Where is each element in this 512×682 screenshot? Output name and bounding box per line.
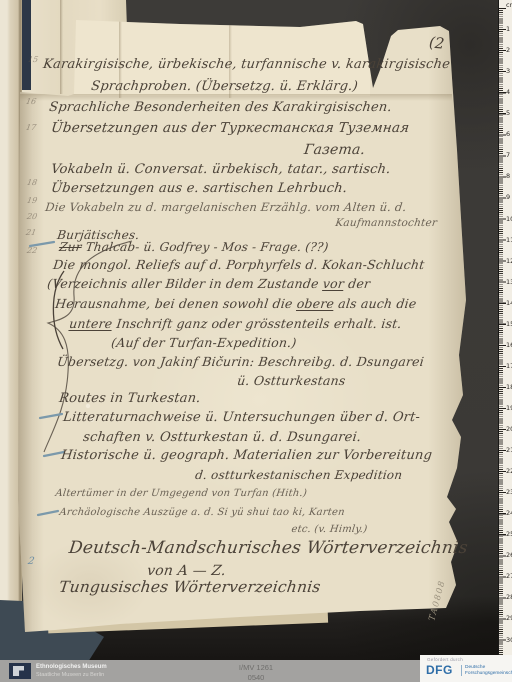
ruler-cm-label: 15 [506, 321, 512, 328]
line-text: der [343, 276, 371, 291]
ruler-cm-label: 19 [506, 405, 512, 412]
ruler-cm-label: 26 [506, 552, 512, 559]
manuscript-line: Routes in Turkestan. [58, 392, 201, 405]
line-text: als auch die [333, 296, 417, 311]
line-text: Inschrift ganz oder grösstenteils erhalt… [112, 316, 403, 331]
manuscript-line: Zur Thalcab- ü. Godfrey - Mos - Frage. (… [59, 241, 330, 253]
manuscript-line: Sprachliche Besonderheiten des Karakirgi… [48, 101, 392, 114]
dfg-logo: DFG [426, 663, 453, 677]
ruler-cm-label: 28 [506, 594, 512, 601]
ruler-cm-label: 5 [506, 110, 510, 117]
margin-number: 18 [26, 178, 38, 187]
ruler-cm-label: 30 [506, 637, 512, 644]
ruler-cm-label: 22 [506, 468, 512, 475]
margin-number: 15 [27, 55, 39, 64]
manuscript-line: Altertümer in der Umgegend von Turfan (H… [55, 489, 308, 499]
dfg-divider [461, 665, 462, 676]
manuscript-line: Die Vokabeln zu d. margelanischen Erzähl… [45, 202, 407, 214]
ruler-cm-label: 24 [506, 510, 512, 517]
manuscript-line: (Verzeichnis aller Bilder in dem Zustand… [46, 278, 370, 291]
cm-ruler: cm12345678910111213141516171819202122232… [498, 0, 512, 661]
margin-number: 17 [25, 123, 37, 132]
manuscript-line: Vokabeln ü. Conversat. ürbekisch, tatar.… [50, 163, 391, 176]
ruler-cm-label: 2 [506, 47, 510, 54]
manuscript-line: etc. (v. Himly.) [291, 525, 368, 535]
torn-edge-shading [428, 0, 468, 682]
ruler-cm-label: 11 [506, 237, 512, 244]
scan-viewport: Karakirgisische, ürbekische, turfannisch… [0, 0, 512, 682]
ruler-cm-label: 14 [506, 300, 512, 307]
margin-number: 19 [26, 196, 38, 205]
dfg-name-line: Forschungsgemeinschaft [465, 671, 512, 677]
ruler-cm-label: 17 [506, 363, 512, 370]
facing-page-edge [0, 0, 22, 644]
manuscript-line: untere Inschrift ganz oder grösstenteils… [68, 318, 402, 331]
ruler-cm-label: 21 [506, 447, 512, 454]
ruler-cm-ticks [499, 8, 506, 658]
manuscript-line: ü. Ostturkestans [236, 375, 346, 388]
margin-number: 22 [26, 246, 38, 255]
manuscript-line: d. ostturkestanischen Expedition [195, 469, 403, 481]
underlined-word: vor [322, 276, 345, 291]
manuscript-line: von A — Z. [146, 564, 226, 578]
footer-bar: Ethnologisches Museum Staatliche Museen … [0, 660, 512, 682]
ruler-cm-label: 25 [506, 531, 512, 538]
ruler-cm-label: 3 [506, 68, 510, 75]
ruler-cm-label: 6 [506, 131, 510, 138]
ruler-cm-label: 20 [506, 426, 512, 433]
underlined-word: untere [68, 316, 113, 331]
manuscript-line: Übersetzungen aus der Туркестанская Тузе… [50, 122, 410, 136]
manuscript-line: Tungusisches Wörterverzeichnis [58, 580, 321, 596]
manuscript-line: schaften v. Ostturkestan ü. d. Dsungarei… [82, 431, 362, 444]
book-cover-edge [22, 0, 31, 90]
page-number: (2 [428, 33, 445, 52]
ruler-cm-label: 10 [506, 216, 512, 223]
line-text: (Verzeichnis aller Bilder in dem Zustand… [46, 276, 323, 291]
ruler-cm-label: 13 [506, 279, 512, 286]
dfg-name: Deutsche Forschungsgemeinschaft [465, 665, 512, 677]
ruler-cm-label: 4 [506, 89, 510, 96]
manuscript-line: Karakirgisische, ürbekische, turfannisch… [42, 58, 450, 71]
manuscript-line: Sprachproben. (Übersetzg. ü. Erklärg.) [90, 80, 358, 93]
manuscript-line: Газета. [303, 143, 366, 157]
line-text: Herausnahme, bei denen sowohl die [54, 296, 297, 311]
manuscript-line: Kaufmannstochter [335, 218, 438, 229]
funding-note: Gefördert durch [427, 657, 463, 662]
manuscript-line: Litteraturnachweise ü. Untersuchungen üb… [62, 411, 420, 424]
manuscript-line: Übersetzungen aus e. sartischen Lehrbuch… [50, 182, 348, 195]
margin-number: 21 [25, 228, 37, 237]
ruler-cm-label: 8 [506, 173, 510, 180]
ruler-cm-label: 23 [506, 489, 512, 496]
manuscript-line: (Auf der Turfan-Expedition.) [110, 337, 297, 350]
ruler-cm-label: 27 [506, 573, 512, 580]
leaf-fold-crease [60, 0, 63, 94]
manuscript-line: Archäologische Auszüge a. d. Si yü shui … [59, 508, 345, 518]
margin-number: 16 [25, 97, 37, 106]
ruler-cm-label: 16 [506, 342, 512, 349]
ruler-cm-label: 29 [506, 615, 512, 622]
ruler-cm-label: 7 [506, 152, 510, 159]
margin-number: 20 [26, 212, 38, 221]
underlined-word: obere [296, 296, 335, 311]
ruler-cm-label: 12 [506, 258, 512, 265]
manuscript-line: Historische ü. geograph. Materialien zur… [60, 449, 432, 462]
manuscript-line: Übersetzg. von Jakinf Bičurin: Beschreib… [56, 356, 424, 369]
struck-word: Zur [58, 240, 82, 254]
ruler-cm-label: 18 [506, 384, 512, 391]
manuscript-line: Herausnahme, bei denen sowohl die obere … [54, 298, 417, 311]
manuscript-line: Die mongol. Reliefs auf d. Porphyrfels d… [52, 259, 425, 272]
dfg-funding-block: Gefördert durch DFG Deutsche Forschungsg… [420, 655, 512, 682]
ruler-cm-label: 9 [506, 194, 510, 201]
line-text: Thalcab- ü. Godfrey - Mos - Frage. (??) [81, 240, 330, 254]
ruler-unit-label: cm [506, 2, 512, 9]
ruler-cm-label: 1 [506, 26, 510, 33]
manuscript-line: Deutsch-Mandschurisches Wörterverzeichni… [68, 540, 469, 557]
